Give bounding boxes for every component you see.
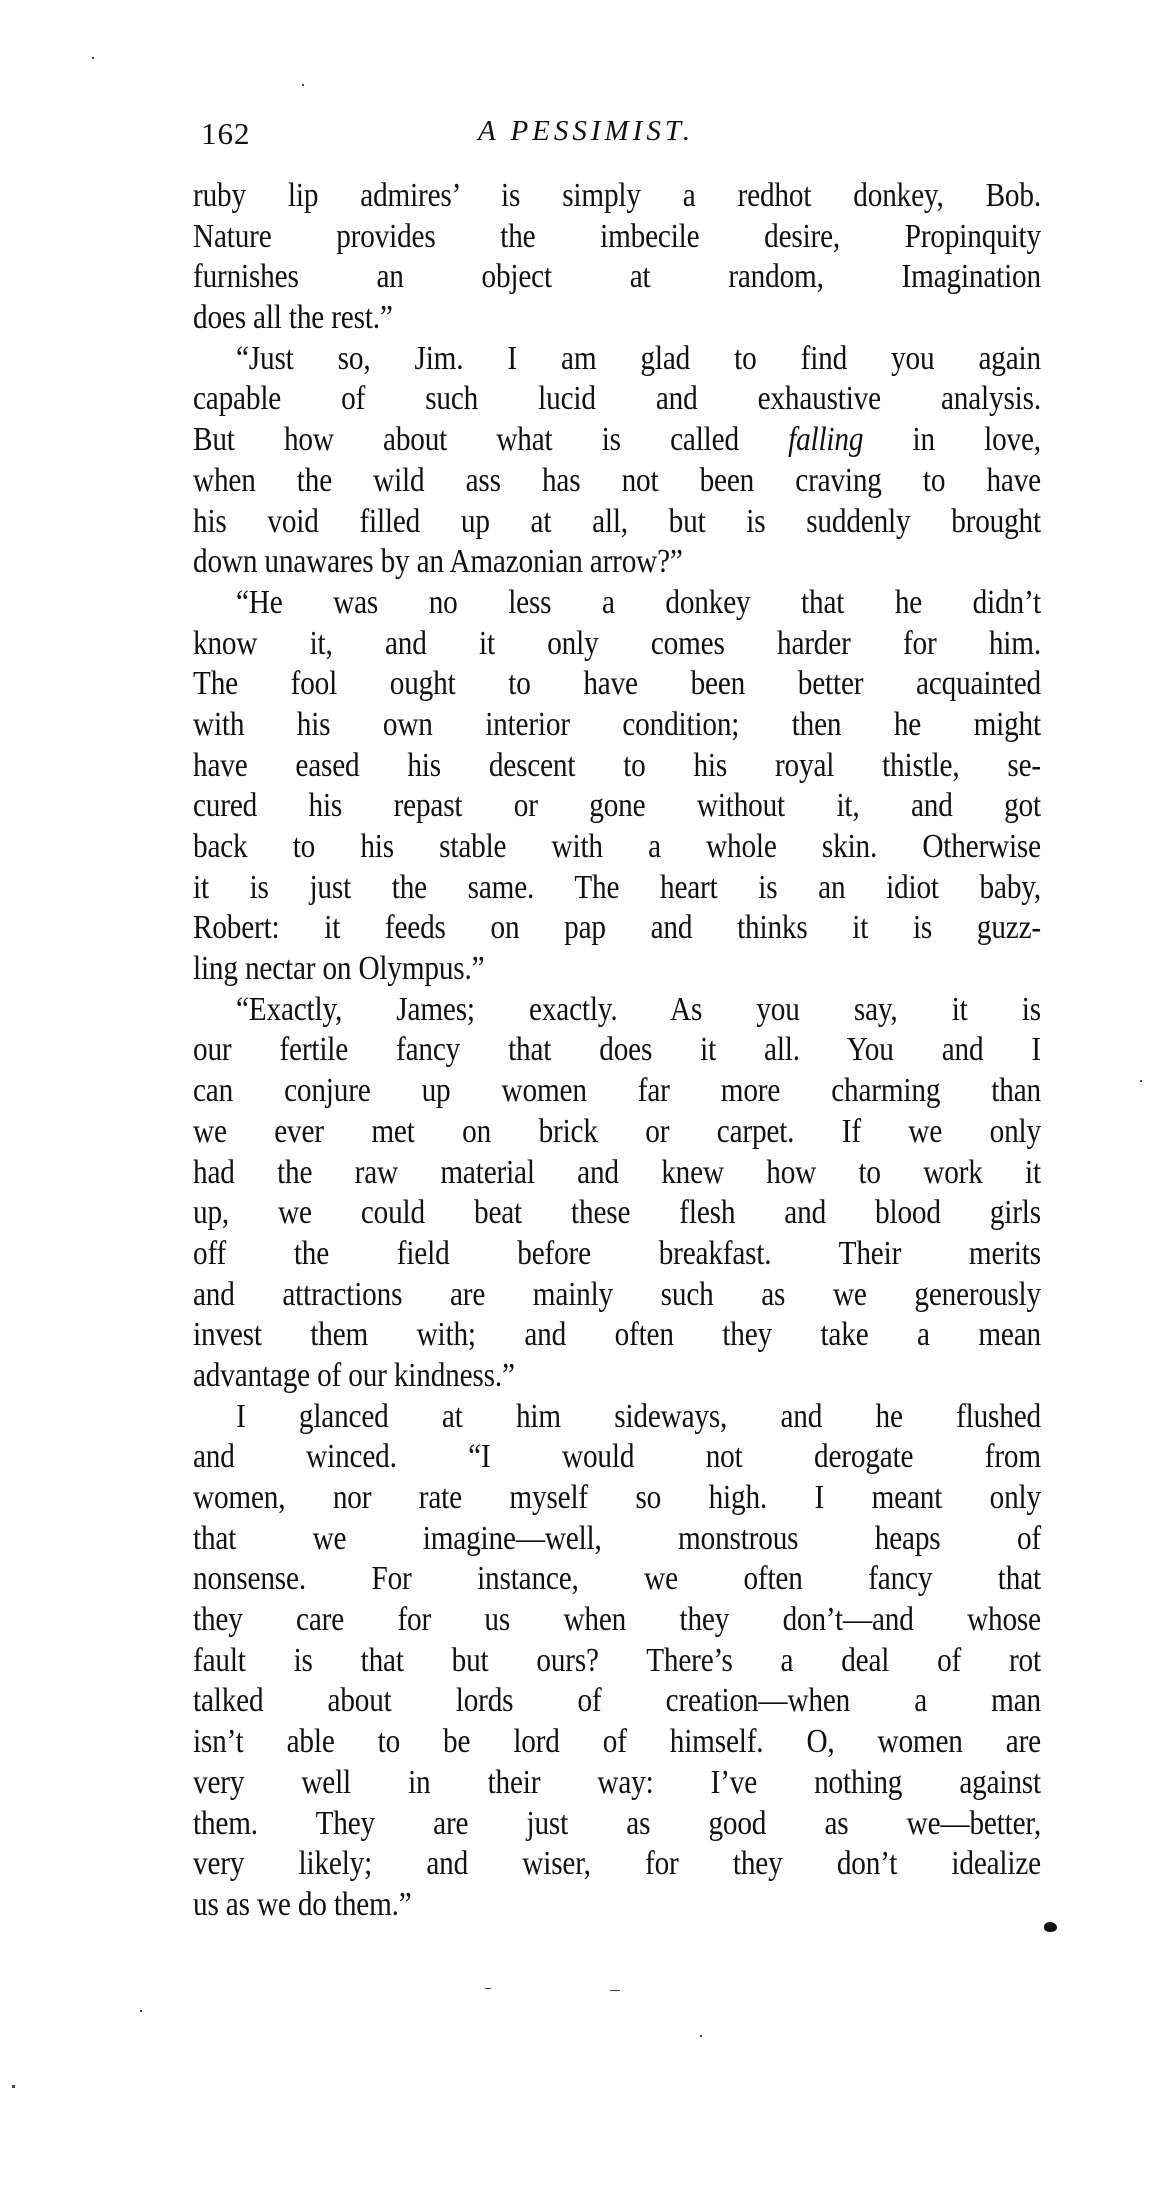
text-line: The fool ought to have been better acqua… xyxy=(193,664,1041,705)
text-line: and winced. “I would not derogate from xyxy=(193,1437,1041,1478)
scan-speck xyxy=(610,1990,620,1991)
body-text: ruby lip admires’ is simply a redhot don… xyxy=(193,176,1041,1926)
text-line: cured his repast or gone without it, and… xyxy=(193,786,1041,827)
text-line: his void filled up at all, but is sudden… xyxy=(193,502,1041,543)
text-line: our fertile fancy that does it all. You … xyxy=(193,1030,1041,1071)
text-line: up, we could beat these flesh and blood … xyxy=(193,1193,1041,1234)
text-segment: in love, xyxy=(913,421,1041,458)
text-line: with his own interior condition; then he… xyxy=(193,705,1041,746)
text-line: they care for us when they don’t—and who… xyxy=(193,1600,1041,1641)
paragraph-start-line: “He was no less a donkey that he didn’t xyxy=(193,583,1041,624)
text-line: talked about lords of creation—when a ma… xyxy=(193,1681,1041,1722)
text-segment: But how about what is called xyxy=(193,421,739,458)
paragraph-start-line: “Just so, Jim. I am glad to find you aga… xyxy=(193,339,1041,380)
scan-speck xyxy=(485,1988,491,1989)
text-line: Robert: it feeds on pap and thinks it is… xyxy=(193,908,1041,949)
text-line: furnishes an object at random, Imaginati… xyxy=(193,257,1041,298)
text-line-with-italic: But how about what is called falling in … xyxy=(193,420,1041,461)
text-line: know it, and it only comes harder for hi… xyxy=(193,624,1041,665)
text-line: when the wild ass has not been craving t… xyxy=(193,461,1041,502)
running-head: 162 A PESSIMIST. xyxy=(0,0,1161,160)
paragraph-start-line: I glanced at him sideways, and he flushe… xyxy=(193,1397,1041,1438)
text-line: can conjure up women far more charming t… xyxy=(193,1071,1041,1112)
scan-speck xyxy=(700,2035,702,2037)
text-line: we ever met on brick or carpet. If we on… xyxy=(193,1112,1041,1153)
text-line: very likely; and wiser, for they don’t i… xyxy=(193,1844,1041,1885)
page-number: 162 xyxy=(201,118,251,149)
paragraph-end-line: down unawares by an Amazonian arrow?” xyxy=(193,542,1041,583)
text-line: nonsense. For instance, we often fancy t… xyxy=(193,1559,1041,1600)
scan-speck xyxy=(140,2010,142,2012)
book-page: 162 A PESSIMIST. ruby lip admires’ is si… xyxy=(0,0,1161,2185)
running-title: A PESSIMIST. xyxy=(478,115,694,147)
paragraph-end-line: advantage of our kindness.” xyxy=(193,1356,1041,1397)
text-line: had the raw material and knew how to wor… xyxy=(193,1153,1041,1194)
text-line: women, nor rate myself so high. I meant … xyxy=(193,1478,1041,1519)
scan-speck xyxy=(1140,1080,1142,1082)
paragraph-end-line: does all the rest.” xyxy=(193,298,1041,339)
ink-blot-mark xyxy=(1044,1922,1057,1932)
paragraph-start-line: “Exactly, James; exactly. As you say, it… xyxy=(193,990,1041,1031)
text-line: them. They are just as good as we—better… xyxy=(193,1804,1041,1845)
scan-speck xyxy=(12,2085,15,2088)
text-line: invest them with; and often they take a … xyxy=(193,1315,1041,1356)
text-line: fault is that but ours? There’s a deal o… xyxy=(193,1641,1041,1682)
italic-word: falling xyxy=(788,421,863,458)
text-line: it is just the same. The heart is an idi… xyxy=(193,868,1041,909)
text-line: isn’t able to be lord of himself. O, wom… xyxy=(193,1722,1041,1763)
text-line: back to his stable with a whole skin. Ot… xyxy=(193,827,1041,868)
text-line: and attractions are mainly such as we ge… xyxy=(193,1275,1041,1316)
scan-speck xyxy=(302,84,304,86)
paragraph-end-line: us as we do them.” xyxy=(193,1885,1041,1926)
text-line: Nature provides the imbecile desire, Pro… xyxy=(193,217,1041,258)
text-line: very well in their way: I’ve nothing aga… xyxy=(193,1763,1041,1804)
text-line: have eased his descent to his royal this… xyxy=(193,746,1041,787)
text-line: capable of such lucid and exhaustive ana… xyxy=(193,379,1041,420)
text-line: that we imagine—well, monstrous heaps of xyxy=(193,1519,1041,1560)
scan-speck xyxy=(92,57,94,59)
paragraph-end-line: ling nectar on Olympus.” xyxy=(193,949,1041,990)
text-line: ruby lip admires’ is simply a redhot don… xyxy=(193,176,1041,217)
text-line: off the field before breakfast. Their me… xyxy=(193,1234,1041,1275)
